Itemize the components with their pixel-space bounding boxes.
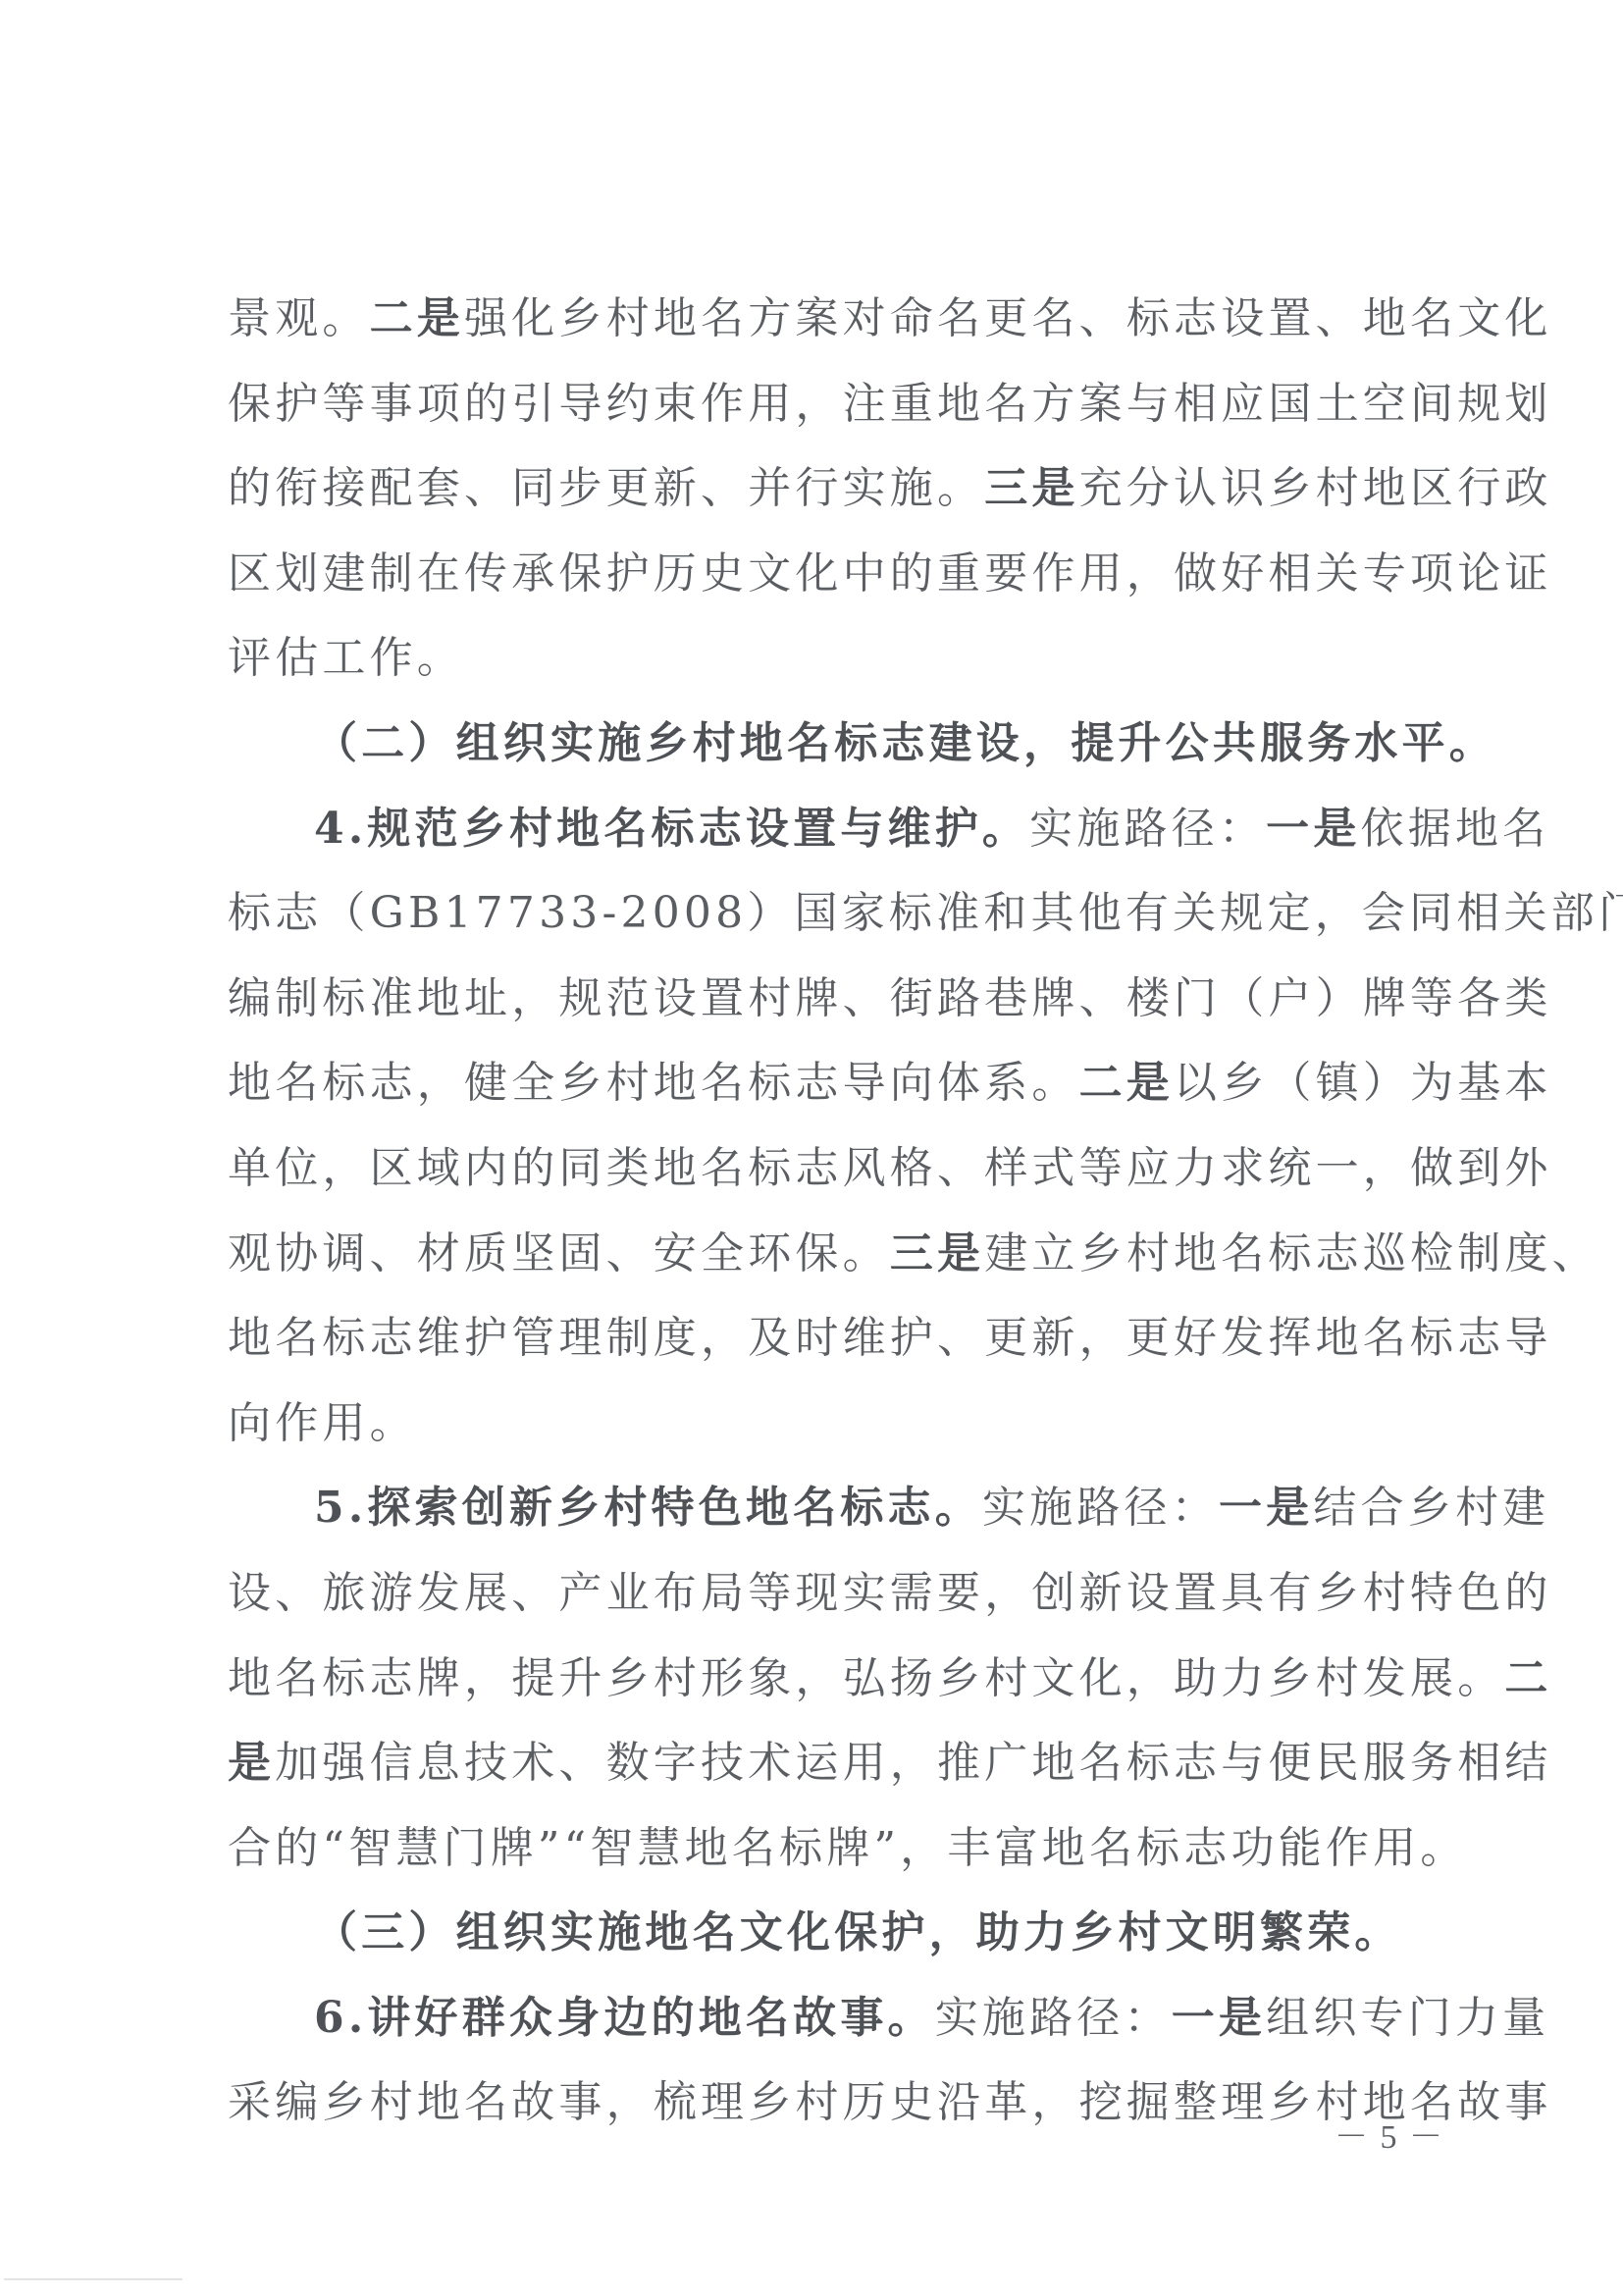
text-run: 地名标志牌，提升乡村形象，弘扬乡村文化，助力乡村发展。 xyxy=(228,1653,1504,1703)
text-line: 保护等事项的引导约束作用，注重地名方案与相应国土空间规划 xyxy=(228,362,1427,447)
bold-run: 一是 xyxy=(1219,1483,1313,1533)
text-run: 加强信息技术、数字技术运用，推广地名标志与便民服务相结 xyxy=(275,1738,1551,1788)
text-line: 地名标志维护管理制度，及时维护、更新，更好发挥地名标志导 xyxy=(228,1296,1427,1382)
text-run: 评估工作。 xyxy=(228,633,464,683)
bold-run: 三是 xyxy=(984,463,1078,513)
text-run: 建立乡村地名标志巡检制度、 xyxy=(984,1228,1599,1278)
bold-run: 5.探索创新乡村特色地名标志。 xyxy=(314,1483,982,1533)
page-number: － 5 － xyxy=(1335,2110,1444,2158)
text-line: 单位，区域内的同类地名标志风格、样式等应力求统一，做到外 xyxy=(228,1126,1427,1212)
scan-edge-divider xyxy=(4,2278,183,2280)
section-heading: （二）组织实施乡村地名标志建设，提升公共服务水平。 xyxy=(228,702,1427,787)
text-line: 是加强信息技术、数字技术运用，推广地名标志与便民服务相结 xyxy=(228,1721,1427,1806)
bold-run: （三）组织实施地名文化保护，助力乡村文明繁荣。 xyxy=(314,1907,1402,1957)
text-run: 合的“智慧门牌”“智慧地名标牌”，丰富地名标志功能作用。 xyxy=(228,1823,1468,1873)
text-run: 向作用。 xyxy=(228,1398,417,1448)
text-line: 设、旅游发展、产业布局等现实需要，创新设置具有乡村特色的 xyxy=(228,1551,1427,1637)
text-run: 充分认识乡村地区行政 xyxy=(1079,463,1552,513)
text-line: 向作用。 xyxy=(228,1382,1427,1467)
bold-run: 6.讲好群众身边的地名故事。 xyxy=(314,1993,935,2043)
bold-run: 是 xyxy=(228,1738,275,1788)
text-line: 的衔接配套、同步更新、并行实施。三是充分认识乡村地区行政 xyxy=(228,446,1427,532)
text-line: 区划建制在传承保护历史文化中的重要作用，做好相关专项论证 xyxy=(228,532,1427,617)
bold-run: 一是 xyxy=(1266,804,1360,854)
bold-run: （二）组织实施乡村地名标志建设，提升公共服务水平。 xyxy=(314,718,1496,768)
text-run: 实施路径： xyxy=(1029,804,1266,854)
text-run: 结合乡村建 xyxy=(1313,1483,1549,1533)
text-line: 编制标准地址，规范设置村牌、街路巷牌、楼门（户）牌等各类 xyxy=(228,957,1427,1042)
text-run: 的衔接配套、同步更新、并行实施。 xyxy=(228,463,984,513)
text-run: 标志（GB17733-2008）国家标准和其他有关规定，会同相关部门 xyxy=(228,888,1623,938)
text-line: 采编乡村地名故事，梳理乡村历史沿革，挖掘整理乡村地名故事 xyxy=(228,2061,1427,2146)
text-run: 以乡（镇）为基本 xyxy=(1174,1058,1552,1108)
text-run: 实施路径： xyxy=(935,1993,1172,2043)
text-run: 设、旅游发展、产业布局等现实需要，创新设置具有乡村特色的 xyxy=(228,1568,1552,1618)
text-line: 景观。二是强化乡村地名方案对命名更名、标志设置、地名文化 xyxy=(228,277,1427,362)
text-run: 组织专门力量 xyxy=(1266,1993,1549,2043)
text-run: 实施路径： xyxy=(982,1483,1219,1533)
bold-run: 一是 xyxy=(1172,1993,1266,2043)
bold-run: 二 xyxy=(1504,1653,1551,1703)
text-line: 6.讲好群众身边的地名故事。实施路径：一是组织专门力量 xyxy=(228,1976,1427,2061)
text-run: 依据地名 xyxy=(1361,804,1550,854)
text-run: 观协调、材质坚固、安全环保。 xyxy=(228,1228,890,1278)
text-run: 地名标志维护管理制度，及时维护、更新，更好发挥地名标志导 xyxy=(228,1313,1552,1363)
text-line: 地名标志，健全乡村地名标志导向体系。二是以乡（镇）为基本 xyxy=(228,1041,1427,1126)
bold-run: 4.规范乡村地名标志设置与维护。 xyxy=(314,804,1029,854)
text-line: 5.探索创新乡村特色地名标志。实施路径：一是结合乡村建 xyxy=(228,1466,1427,1551)
bold-run: 二是 xyxy=(370,293,464,343)
section-heading: （三）组织实施地名文化保护，助力乡村文明繁荣。 xyxy=(228,1891,1427,1976)
text-run: 编制标准地址，规范设置村牌、街路巷牌、楼门（户）牌等各类 xyxy=(228,973,1552,1023)
text-run: 地名标志，健全乡村地名标志导向体系。 xyxy=(228,1058,1079,1108)
text-line: 观协调、材质坚固、安全环保。三是建立乡村地名标志巡检制度、 xyxy=(228,1212,1427,1297)
text-run: 景观。 xyxy=(228,293,370,343)
text-line: 地名标志牌，提升乡村形象，弘扬乡村文化，助力乡村发展。二 xyxy=(228,1637,1427,1722)
body-text: 景观。二是强化乡村地名方案对命名更名、标志设置、地名文化保护等事项的引导约束作用… xyxy=(228,277,1427,2146)
text-line: 评估工作。 xyxy=(228,616,1427,702)
text-line: 合的“智慧门牌”“智慧地名标牌”，丰富地名标志功能作用。 xyxy=(228,1806,1427,1892)
text-run: 区划建制在传承保护历史文化中的重要作用，做好相关专项论证 xyxy=(228,548,1552,599)
text-line: 4.规范乡村地名标志设置与维护。实施路径：一是依据地名 xyxy=(228,787,1427,872)
text-line: 标志（GB17733-2008）国家标准和其他有关规定，会同相关部门 xyxy=(228,871,1427,957)
bold-run: 二是 xyxy=(1079,1058,1174,1108)
text-run: 保护等事项的引导约束作用，注重地名方案与相应国土空间规划 xyxy=(228,379,1552,429)
text-run: 强化乡村地名方案对命名更名、标志设置、地名文化 xyxy=(464,293,1552,343)
document-page: 景观。二是强化乡村地名方案对命名更名、标志设置、地名文化保护等事项的引导约束作用… xyxy=(0,0,1623,2296)
bold-run: 三是 xyxy=(890,1228,984,1278)
text-run: 单位，区域内的同类地名标志风格、样式等应力求统一，做到外 xyxy=(228,1143,1552,1193)
